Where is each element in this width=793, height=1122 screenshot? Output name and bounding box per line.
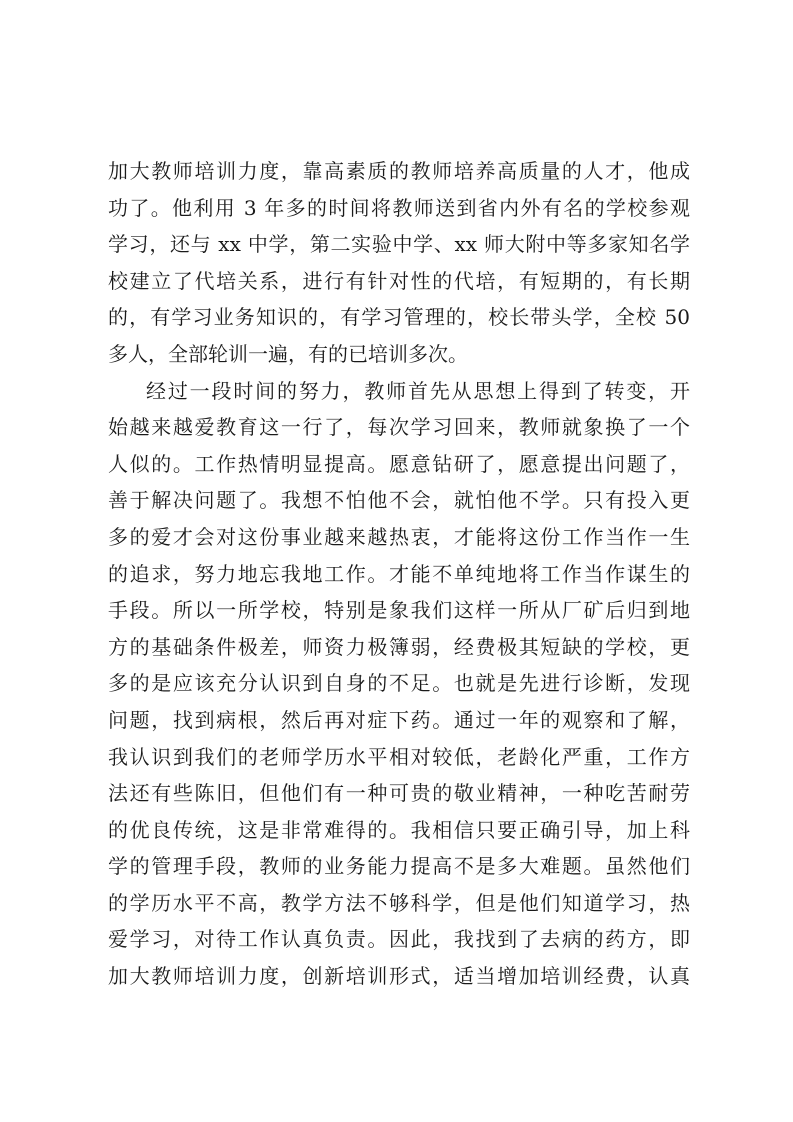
text-line: 手段。所以一所学校，特别是象我们这样一所从厂矿后归到地: [108, 592, 690, 629]
text-line: 学的管理手段，教师的业务能力提高不是多大难题。虽然他们: [108, 848, 690, 885]
text-line: 多的爱才会对这份事业越来越热衷，才能将这份工作当作一生: [108, 519, 690, 556]
document-page: 加大教师培训力度，靠高素质的教师培养高质量的人才，他成 功了。他利用 3 年多的…: [0, 0, 793, 1122]
text-line: 的，有学习业务知识的，有学习管理的，校长带头学，全校 50: [108, 299, 690, 336]
text-line: 功了。他利用 3 年多的时间将教师送到省内外有名的学校参观: [108, 190, 690, 227]
text-line: 问题，找到病根，然后再对症下药。通过一年的观察和了解，: [108, 702, 690, 739]
text-line: 多人，全部轮训一遍，有的已培训多次。: [108, 336, 690, 373]
text-line: 爱学习，对待工作认真负责。因此，我找到了去病的药方，即: [108, 921, 690, 958]
text-line: 方的基础条件极差，师资力极簿弱，经费极其短缺的学校，更: [108, 629, 690, 666]
text-line: 法还有些陈旧，但他们有一种可贵的敬业精神，一种吃苦耐劳: [108, 775, 690, 812]
text-line: 经过一段时间的努力，教师首先从思想上得到了转变，开: [108, 373, 690, 410]
text-line: 善于解决问题了。我想不怕他不会，就怕他不学。只有投入更: [108, 482, 690, 519]
text-line: 的学历水平不高，教学方法不够科学，但是他们知道学习，热: [108, 885, 690, 922]
text-line: 始越来越爱教育这一行了，每次学习回来，教师就象换了一个: [108, 409, 690, 446]
text-line: 加大教师培训力度，创新培训形式，适当增加培训经费，认真: [108, 958, 690, 995]
text-line: 的优良传统，这是非常难得的。我相信只要正确引导，加上科: [108, 812, 690, 849]
text-line: 校建立了代培关系，进行有针对性的代培，有短期的，有长期: [108, 263, 690, 300]
text-line: 多的是应该充分认识到自身的不足。也就是先进行诊断，发现: [108, 665, 690, 702]
text-line: 的追求，努力地忘我地工作。才能不单纯地将工作当作谋生的: [108, 556, 690, 593]
text-line: 学习，还与 xx 中学，第二实验中学、xx 师大附中等多家知名学: [108, 226, 690, 263]
text-line: 人似的。工作热情明显提高。愿意钻研了，愿意提出问题了，: [108, 446, 690, 483]
text-line: 我认识到我们的老师学历水平相对较低，老龄化严重，工作方: [108, 739, 690, 776]
text-line: 加大教师培训力度，靠高素质的教师培养高质量的人才，他成: [108, 153, 690, 190]
document-body: 加大教师培训力度，靠高素质的教师培养高质量的人才，他成 功了。他利用 3 年多的…: [108, 153, 698, 995]
